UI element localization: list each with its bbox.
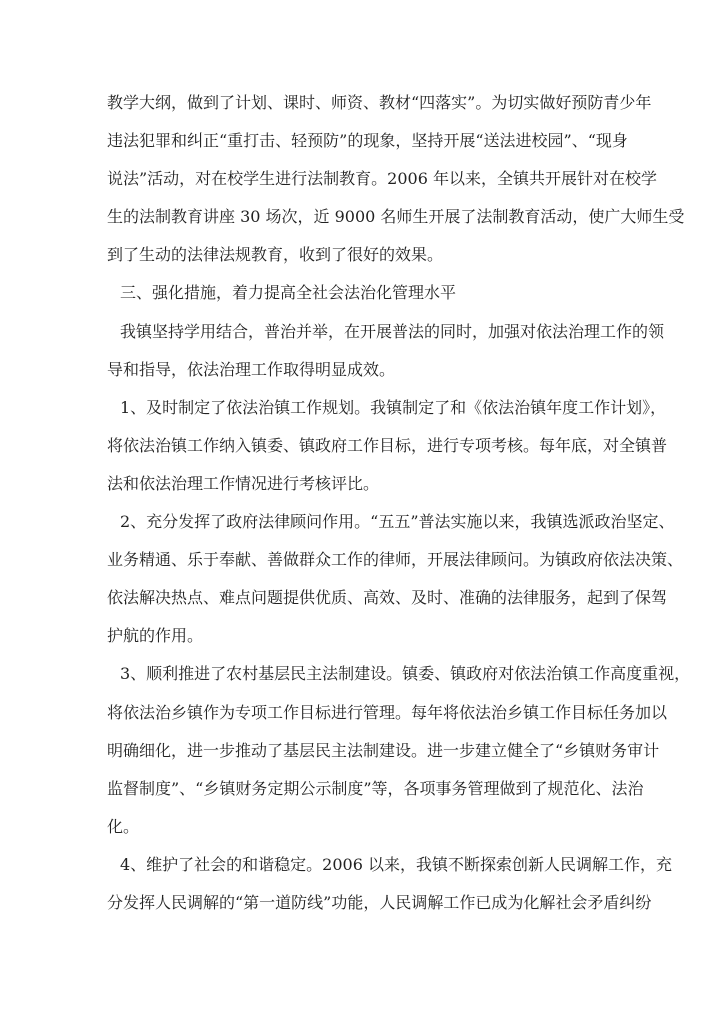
text-line: 我镇坚持学用结合，普治并举，在开展普法的同时，加强对依法治理工作的领 (107, 313, 619, 351)
text-line: 将依法治镇工作纳入镇委、镇政府工作目标，进行专项考核。每年底，对全镇普 (107, 427, 619, 465)
text-line: 生的法制教育讲座 30 场次，近 9000 名师生开展了法制教育活动，使广大师生… (107, 198, 619, 236)
text-line: 化。 (107, 808, 619, 846)
text-line: 导和指导，依法治理工作取得明显成效。 (107, 351, 619, 389)
text-line: 护航的作用。 (107, 617, 619, 655)
text-line: 4、维护了社会的和谐稳定。2006 以来，我镇不断探索创新人民调解工作，充 (107, 846, 619, 884)
text-line: 监督制度”、“乡镇财务定期公示制度”等，各项事务管理做到了规范化、法治 (107, 770, 619, 808)
text-line: 3、顺利推进了农村基层民主法制建设。镇委、镇政府对依法治镇工作高度重视， (107, 655, 619, 693)
text-line: 到了生动的法律法规教育，收到了很好的效果。 (107, 236, 619, 274)
text-line: 依法解决热点、难点问题提供优质、高效、及时、准确的法律服务，起到了保驾 (107, 579, 619, 617)
text-line: 1、及时制定了依法治镇工作规划。我镇制定了和《依法治镇年度工作计划》， (107, 389, 619, 427)
text-line: 明确细化，进一步推动了基层民主法制建设。进一步建立健全了“乡镇财务审计 (107, 732, 619, 770)
text-line: 业务精通、乐于奉献、善做群众工作的律师，开展法律顾问。为镇政府依法决策、 (107, 541, 619, 579)
text-line: 将依法治乡镇作为专项工作目标进行管理。每年将依法治乡镇工作目标任务加以 (107, 694, 619, 732)
text-line: 2、充分发挥了政府法律顾问作用。“五五”普法实施以来，我镇选派政治坚定、 (107, 503, 619, 541)
text-line: 教学大纲，做到了计划、课时、师资、教材“四落实”。为切实做好预防青少年 (107, 84, 619, 122)
text-line: 违法犯罪和纠正“重打击、轻预防”的现象，坚持开展“送法进校园”、“现身 (107, 122, 619, 160)
document-page: 教学大纲，做到了计划、课时、师资、教材“四落实”。为切实做好预防青少年 违法犯罪… (0, 0, 721, 1020)
text-line: 法和依法治理工作情况进行考核评比。 (107, 465, 619, 503)
section-heading: 三、强化措施，着力提高全社会法治化管理水平 (107, 274, 619, 312)
text-line: 说法”活动，对在校学生进行法制教育。2006 年以来，全镇共开展针对在校学 (107, 160, 619, 198)
text-line: 分发挥人民调解的“第一道防线”功能，人民调解工作已成为化解社会矛盾纠纷 (107, 884, 619, 922)
document-text-block: 教学大纲，做到了计划、课时、师资、教材“四落实”。为切实做好预防青少年 违法犯罪… (107, 84, 619, 922)
